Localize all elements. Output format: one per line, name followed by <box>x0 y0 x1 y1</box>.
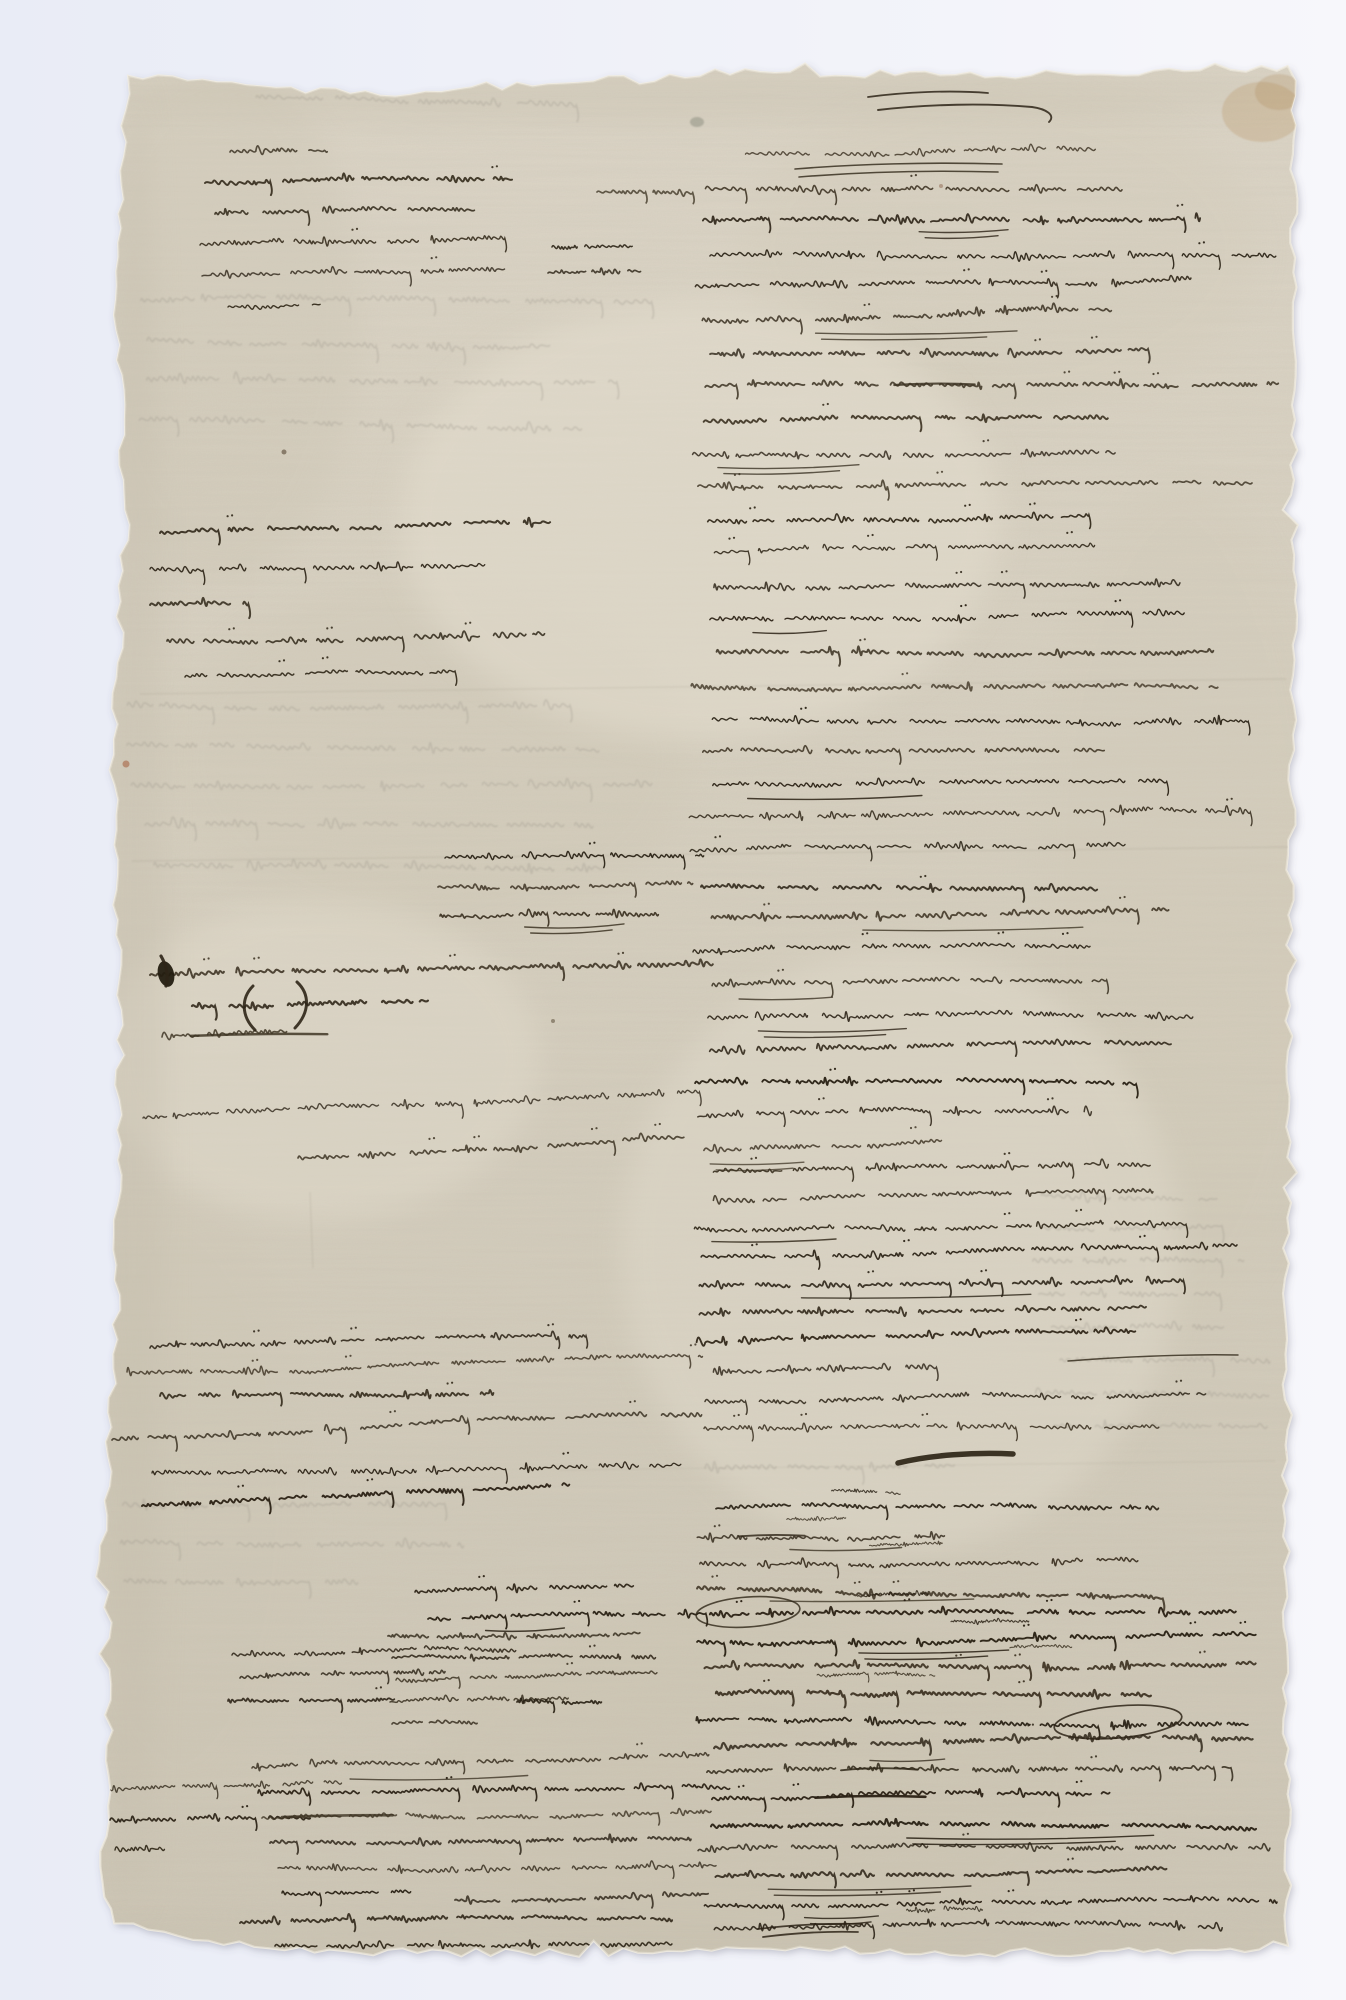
umlaut-dot <box>1005 570 1007 572</box>
umlaut-dot <box>872 534 874 536</box>
manuscript-scan <box>0 0 1346 2000</box>
umlaut-dot <box>980 1270 982 1272</box>
umlaut-dot <box>246 1805 248 1807</box>
umlaut-dot <box>1008 1152 1010 1154</box>
umlaut-dot <box>1139 1236 1141 1238</box>
umlaut-dot <box>1051 296 1053 298</box>
umlaut-dot <box>350 1327 352 1329</box>
umlaut-dot <box>1041 271 1043 273</box>
umlaut-dot <box>593 1645 595 1647</box>
umlaut-dot <box>1072 1858 1074 1860</box>
umlaut-dot <box>967 1833 969 1835</box>
umlaut-dot <box>969 504 971 506</box>
umlaut-dot <box>473 1136 475 1138</box>
umlaut-dot <box>962 1834 964 1836</box>
paper-mottle-blob <box>430 1600 1090 1960</box>
umlaut-dot <box>1226 799 1228 801</box>
umlaut-dot <box>755 1157 757 1159</box>
umlaut-dot <box>326 627 328 629</box>
umlaut-dot <box>1157 372 1159 374</box>
umlaut-dot <box>1002 931 1004 933</box>
umlaut-dot <box>1014 1654 1016 1656</box>
umlaut-dot <box>449 955 451 957</box>
umlaut-dot <box>862 933 864 935</box>
umlaut-dot <box>256 1359 258 1361</box>
paper-speck <box>123 761 130 768</box>
umlaut-dot <box>496 165 498 167</box>
umlaut-dot <box>1056 295 1058 297</box>
umlaut-dot <box>913 1889 915 1891</box>
umlaut-dot <box>1050 1599 1052 1601</box>
umlaut-dot <box>1152 373 1154 375</box>
umlaut-dot <box>574 1601 576 1603</box>
umlaut-dot <box>965 604 967 606</box>
umlaut-dot <box>908 1239 910 1241</box>
paper-speck <box>282 450 287 455</box>
umlaut-dot <box>728 538 730 540</box>
umlaut-dot <box>805 707 807 709</box>
umlaut-dot <box>963 269 965 271</box>
umlaut-dot <box>920 876 922 878</box>
umlaut-dot <box>738 473 740 475</box>
umlaut-dot <box>1204 1651 1206 1653</box>
umlaut-dot <box>208 957 210 959</box>
umlaut-dot <box>1047 1098 1049 1100</box>
umlaut-dot <box>1066 532 1068 534</box>
umlaut-dot <box>960 571 962 573</box>
umlaut-dot <box>906 672 908 674</box>
umlaut-dot <box>237 1485 239 1487</box>
umlaut-dot <box>1095 1755 1097 1757</box>
umlaut-dot <box>960 1654 962 1656</box>
umlaut-dot <box>714 1525 716 1527</box>
umlaut-dot <box>552 1323 554 1325</box>
umlaut-dot <box>465 622 467 624</box>
umlaut-dot <box>450 1776 452 1778</box>
umlaut-dot <box>351 229 353 231</box>
umlaut-dot <box>910 175 912 177</box>
umlaut-dot <box>278 660 280 662</box>
umlaut-dot <box>478 1135 480 1137</box>
umlaut-dot <box>864 304 866 306</box>
umlaut-dot <box>854 1582 856 1584</box>
umlaut-dot <box>987 439 989 441</box>
paper-stain <box>690 117 704 127</box>
umlaut-dot <box>718 1524 720 1526</box>
umlaut-dot <box>483 1575 485 1577</box>
umlaut-dot <box>375 1687 377 1689</box>
document-scan <box>0 0 1346 2000</box>
umlaut-dot <box>593 842 595 844</box>
umlaut-dot <box>694 1343 696 1345</box>
umlaut-dot <box>1203 241 1205 243</box>
umlaut-dot <box>1019 1653 1021 1655</box>
umlaut-dot <box>1001 571 1003 573</box>
umlaut-dot <box>910 1127 912 1129</box>
umlaut-dot <box>904 1599 906 1601</box>
umlaut-dot <box>818 1098 820 1100</box>
umlaut-dot <box>1046 1600 1048 1602</box>
paper-speck <box>939 184 943 188</box>
umlaut-dot <box>1091 337 1093 339</box>
umlaut-dot <box>1008 1890 1010 1892</box>
umlaut-dot <box>956 572 958 574</box>
umlaut-dot <box>258 957 260 959</box>
umlaut-dot <box>1240 1622 1242 1624</box>
umlaut-dot <box>924 875 926 877</box>
umlaut-dot <box>1051 1097 1053 1099</box>
umlaut-dot <box>1194 1621 1196 1623</box>
umlaut-dot <box>228 628 230 630</box>
umlaut-dot <box>1008 1212 1010 1214</box>
umlaut-dot <box>380 1686 382 1688</box>
umlaut-dot <box>1034 339 1036 341</box>
umlaut-dot <box>960 605 962 607</box>
umlaut-dot <box>763 903 765 905</box>
umlaut-dot <box>1027 1624 1029 1626</box>
umlaut-dot <box>936 472 938 474</box>
umlaut-dot <box>1095 336 1097 338</box>
umlaut-dot <box>659 1123 661 1125</box>
umlaut-dot <box>964 505 966 507</box>
umlaut-dot <box>1045 270 1047 272</box>
umlaut-dot <box>371 1478 373 1480</box>
umlaut-dot <box>1124 896 1126 898</box>
umlaut-dot <box>733 537 735 539</box>
umlaut-dot <box>1244 1621 1246 1623</box>
umlaut-dot <box>469 622 471 624</box>
umlaut-dot <box>322 657 324 659</box>
umlaut-dot <box>1175 1380 1177 1382</box>
umlaut-dot <box>253 957 255 959</box>
umlaut-dot <box>1012 1889 1014 1891</box>
umlaut-dot <box>968 268 970 270</box>
umlaut-dot <box>1199 1651 1201 1653</box>
umlaut-dot <box>447 1382 449 1384</box>
umlaut-dot <box>283 659 285 661</box>
umlaut-dot <box>1023 1625 1025 1627</box>
umlaut-dot <box>1018 1681 1020 1683</box>
umlaut-dot <box>634 1400 636 1402</box>
umlaut-dot <box>394 1410 396 1412</box>
umlaut-dot <box>893 1581 895 1583</box>
umlaut-dot <box>880 1891 882 1893</box>
umlaut-dot <box>589 842 591 844</box>
umlaut-dot <box>1119 599 1121 601</box>
umlaut-dot <box>1004 1153 1006 1155</box>
umlaut-dot <box>1144 1235 1146 1237</box>
umlaut-dot <box>1068 371 1070 373</box>
umlaut-dot <box>1075 1319 1077 1321</box>
umlaut-dot <box>867 1271 869 1273</box>
umlaut-dot <box>567 1452 569 1454</box>
umlaut-dot <box>733 1415 735 1417</box>
umlaut-dot <box>867 535 869 537</box>
umlaut-dot <box>1071 531 1073 533</box>
umlaut-dot <box>902 673 904 675</box>
umlaut-dot <box>258 1330 260 1332</box>
umlaut-dot <box>478 1576 480 1578</box>
umlaut-dot <box>858 1581 860 1583</box>
umlaut-dot <box>654 1124 656 1126</box>
umlaut-dot <box>903 1240 905 1242</box>
umlaut-dot <box>1032 1724 1034 1726</box>
umlaut-dot <box>872 1270 874 1272</box>
umlaut-dot <box>738 1414 740 1416</box>
umlaut-dot <box>805 1413 807 1415</box>
umlaut-dot <box>754 506 756 508</box>
umlaut-dot <box>617 953 619 955</box>
umlaut-dot <box>428 1138 430 1140</box>
umlaut-dot <box>1062 933 1064 935</box>
umlaut-dot <box>736 1601 738 1603</box>
umlaut-dot <box>742 1785 744 1787</box>
umlaut-dot <box>864 638 866 640</box>
umlaut-dot <box>227 515 229 517</box>
umlaut-dot <box>451 1382 453 1384</box>
umlaut-dot <box>822 404 824 406</box>
umlaut-dot <box>641 1742 643 1744</box>
umlaut-dot <box>566 1663 568 1665</box>
umlaut-dot <box>777 970 779 972</box>
umlaut-dot <box>1119 897 1121 899</box>
umlaut-dot <box>435 256 437 258</box>
umlaut-dot <box>914 1126 916 1128</box>
paper-mottle-blob <box>100 900 540 1220</box>
umlaut-dot <box>915 174 917 176</box>
umlaut-dot <box>716 1575 718 1577</box>
umlaut-dot <box>1034 502 1036 504</box>
umlaut-dot <box>983 440 985 442</box>
umlaut-dot <box>714 836 716 838</box>
umlaut-dot <box>897 1580 899 1582</box>
umlaut-dot <box>1080 1780 1082 1782</box>
umlaut-dot <box>768 1679 770 1681</box>
umlaut-dot <box>454 954 456 956</box>
umlaut-dot <box>1177 205 1179 207</box>
umlaut-dot <box>1039 338 1041 340</box>
paper-speck <box>551 1019 555 1023</box>
umlaut-dot <box>367 1479 369 1481</box>
umlaut-dot <box>1076 1781 1078 1783</box>
umlaut-dot <box>562 1453 564 1455</box>
umlaut-dot <box>1180 1380 1182 1382</box>
umlaut-dot <box>578 1600 580 1602</box>
umlaut-dot <box>908 1598 910 1600</box>
umlaut-dot <box>1118 371 1120 373</box>
umlaut-dot <box>908 1890 910 1892</box>
umlaut-dot <box>1075 1210 1077 1212</box>
umlaut-dot <box>1090 1756 1092 1758</box>
umlaut-dot <box>690 1344 692 1346</box>
umlaut-dot <box>756 1243 758 1245</box>
umlaut-dot <box>1023 1680 1025 1682</box>
umlaut-dot <box>1064 371 1066 373</box>
umlaut-dot <box>1004 1213 1006 1215</box>
umlaut-dot <box>955 1655 957 1657</box>
umlaut-dot <box>1115 600 1117 602</box>
umlaut-dot <box>751 1244 753 1246</box>
umlaut-dot <box>876 1892 878 1894</box>
umlaut-dot <box>1181 204 1183 206</box>
umlaut-dot <box>636 1743 638 1745</box>
umlaut-dot <box>922 1414 924 1416</box>
umlaut-dot <box>242 1806 244 1808</box>
umlaut-dot <box>431 257 433 259</box>
umlaut-dot <box>433 1137 435 1139</box>
umlaut-dot <box>253 1330 255 1332</box>
umlaut-dot <box>793 1784 795 1786</box>
umlaut-dot <box>252 1360 254 1362</box>
umlaut-dot <box>349 1355 351 1357</box>
umlaut-dot <box>1067 1858 1069 1860</box>
umlaut-dot <box>203 958 205 960</box>
umlaut-dot <box>589 1645 591 1647</box>
umlaut-dot <box>734 474 736 476</box>
umlaut-dot <box>800 1414 802 1416</box>
paper-mottle-blob <box>400 300 1000 740</box>
umlaut-dot <box>740 1600 742 1602</box>
umlaut-dot <box>985 1269 987 1271</box>
umlaut-dot <box>998 932 1000 934</box>
umlaut-dot <box>941 471 943 473</box>
umlaut-dot <box>926 1413 928 1415</box>
umlaut-dot <box>1027 1724 1029 1726</box>
umlaut-dot <box>782 969 784 971</box>
umlaut-dot <box>711 1576 713 1578</box>
umlaut-dot <box>356 228 358 230</box>
umlaut-dot <box>1231 798 1233 800</box>
umlaut-dot <box>768 903 770 905</box>
umlaut-dot <box>797 1783 799 1785</box>
umlaut-dot <box>763 1680 765 1682</box>
umlaut-dot <box>749 507 751 509</box>
umlaut-dot <box>355 1327 357 1329</box>
umlaut-dot <box>827 403 829 405</box>
umlaut-dot <box>591 1128 593 1130</box>
umlaut-dot <box>345 1356 347 1358</box>
umlaut-dot <box>859 639 861 641</box>
umlaut-dot <box>834 1068 836 1070</box>
umlaut-dot <box>629 1401 631 1403</box>
umlaut-dot <box>800 708 802 710</box>
umlaut-dot <box>331 627 333 629</box>
umlaut-dot <box>1029 503 1031 505</box>
umlaut-dot <box>1066 932 1068 934</box>
umlaut-dot <box>389 1411 391 1413</box>
umlaut-dot <box>1114 372 1116 374</box>
umlaut-dot <box>1190 1622 1192 1624</box>
umlaut-dot <box>1198 242 1200 244</box>
umlaut-dot <box>547 1324 549 1326</box>
umlaut-dot <box>1080 1209 1082 1211</box>
umlaut-dot <box>622 952 624 954</box>
umlaut-dot <box>446 1777 448 1779</box>
umlaut-dot <box>750 1158 752 1160</box>
umlaut-dot <box>1080 1318 1082 1320</box>
umlaut-dot <box>231 514 233 516</box>
umlaut-dot <box>829 1069 831 1071</box>
umlaut-dot <box>866 932 868 934</box>
umlaut-dot <box>868 303 870 305</box>
umlaut-dot <box>571 1662 573 1664</box>
umlaut-dot <box>738 1786 740 1788</box>
umlaut-dot <box>823 1097 825 1099</box>
umlaut-dot <box>242 1485 244 1487</box>
umlaut-dot <box>595 1127 597 1129</box>
umlaut-dot <box>719 835 721 837</box>
umlaut-dot <box>326 656 328 658</box>
umlaut-dot <box>233 627 235 629</box>
umlaut-dot <box>491 166 493 168</box>
